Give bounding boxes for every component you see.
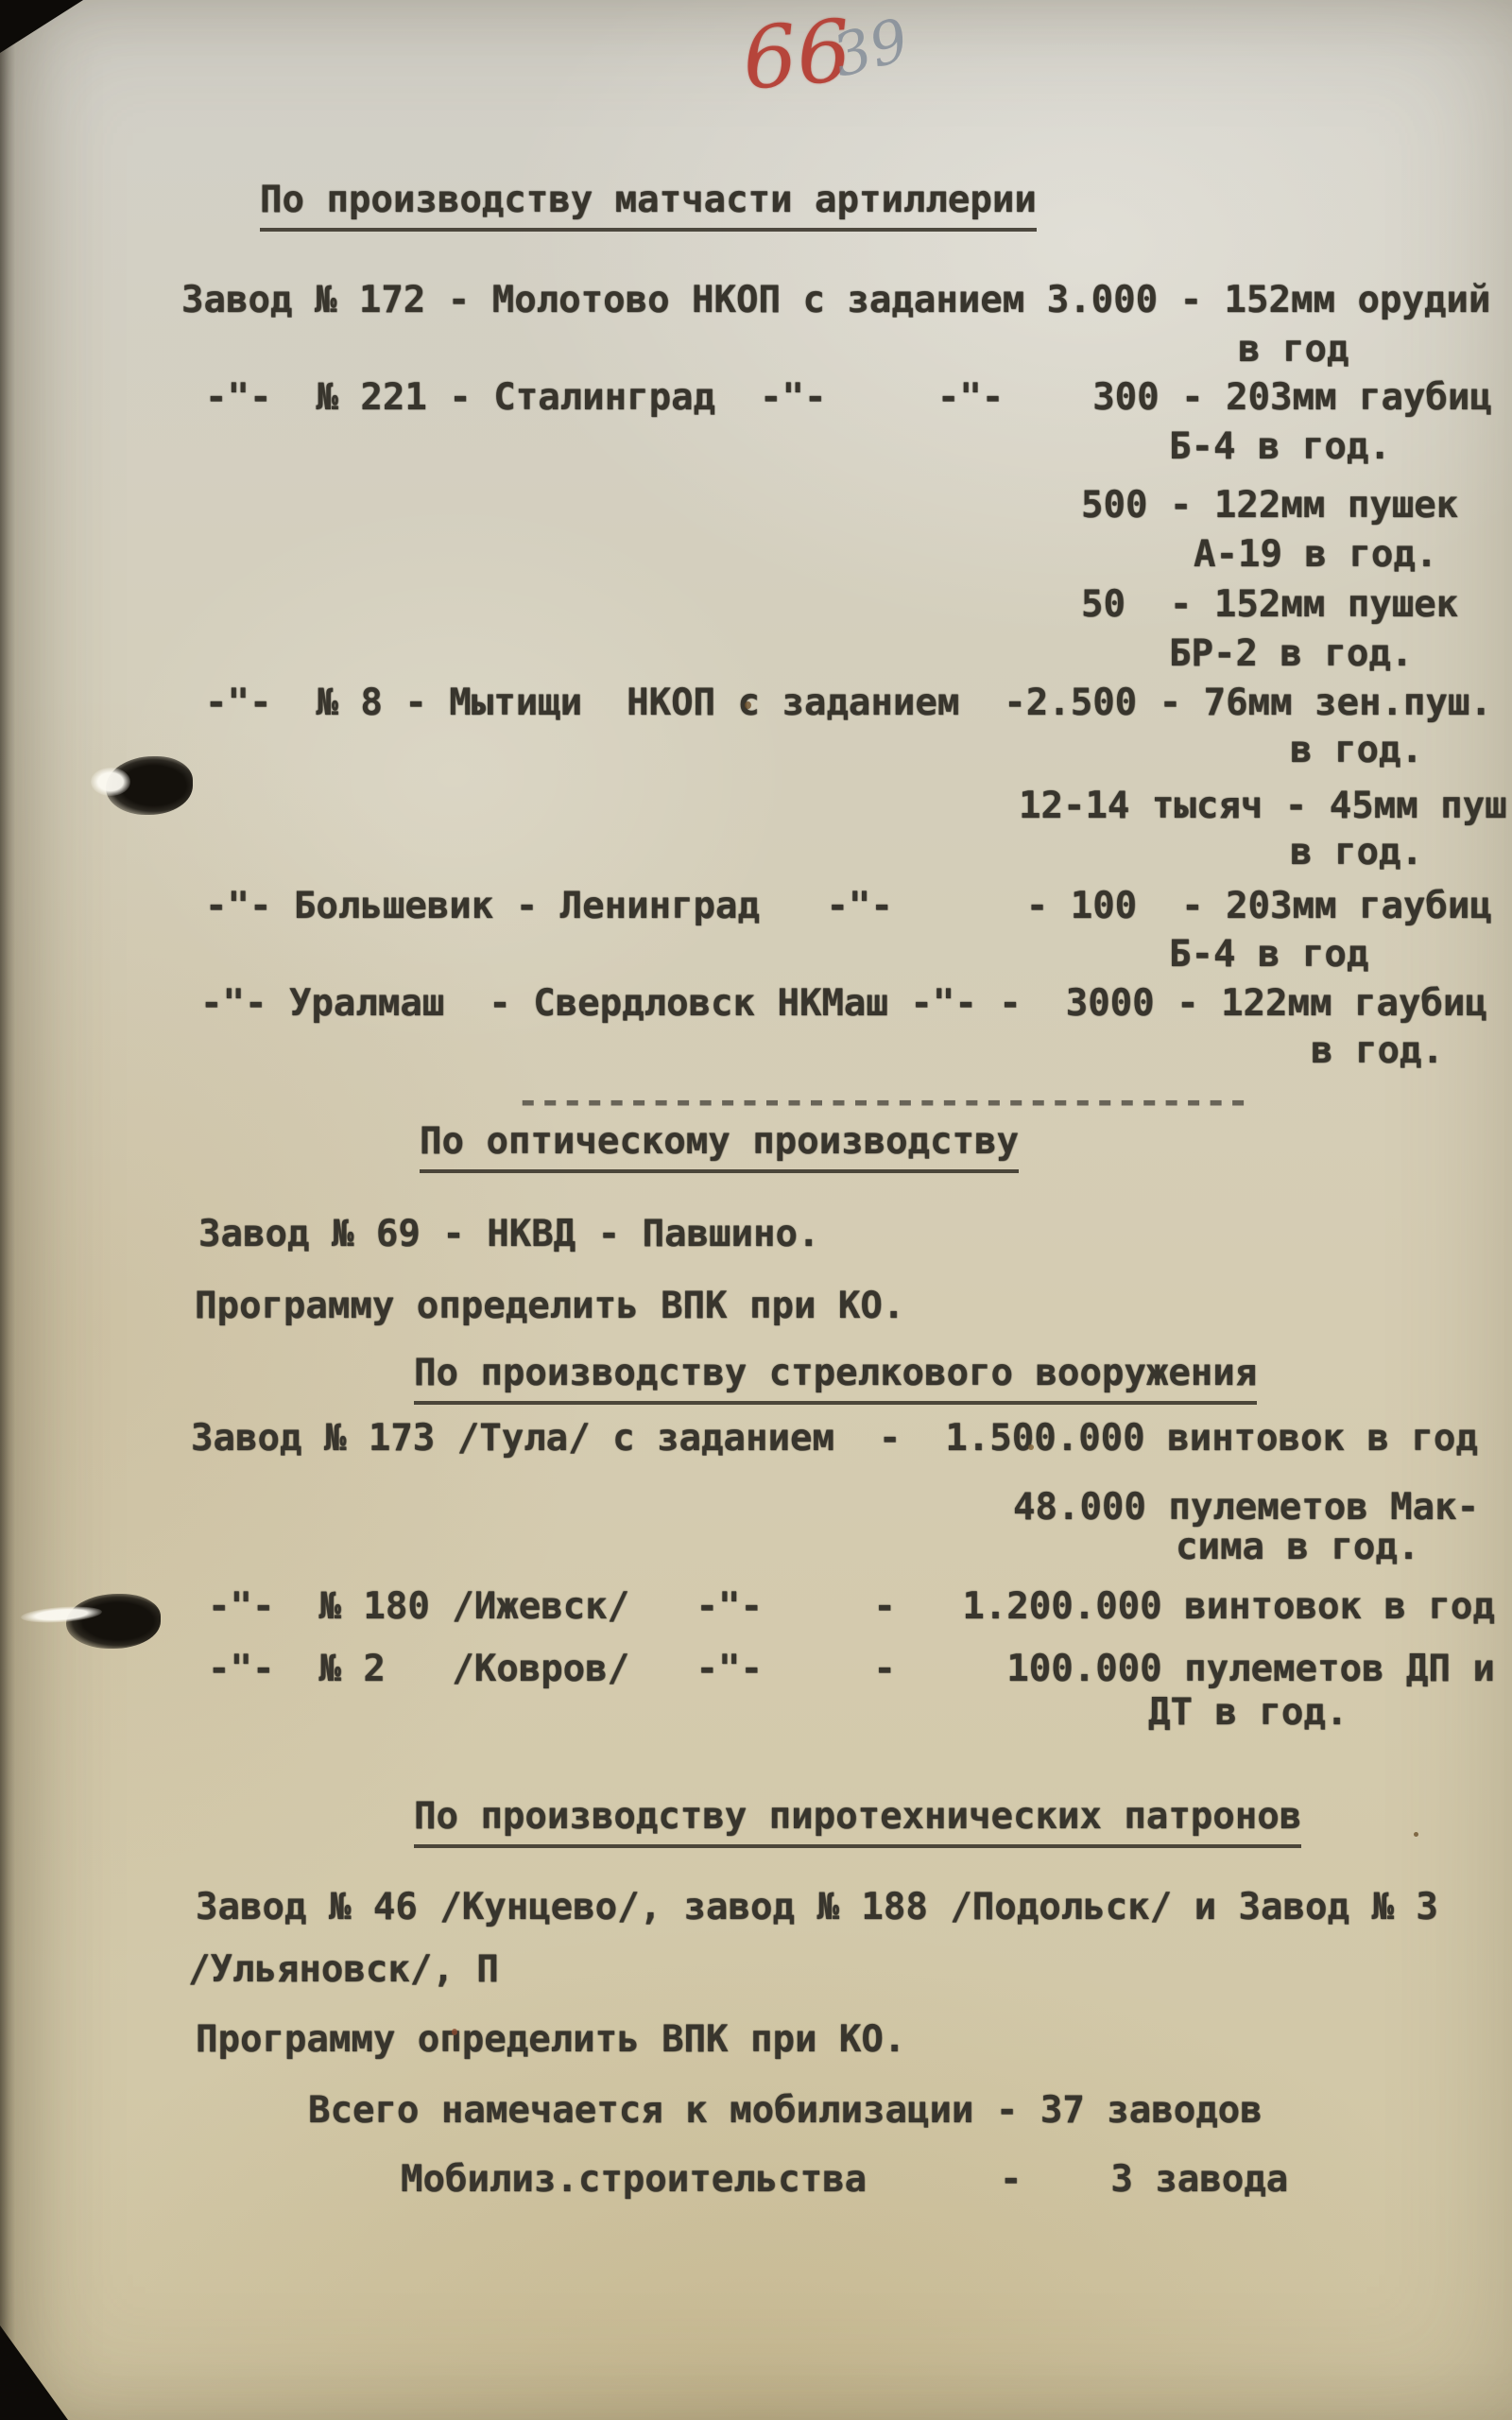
typewritten-line: Мобилиз.строительства - 3 завода (401, 2159, 1288, 2201)
typed-dashed-separator: --------------------------------- (517, 1083, 1249, 1120)
section-heading-optical: По оптическому производству (420, 1121, 1019, 1173)
typewritten-line: /Ульяновск/, П (188, 1949, 499, 1991)
typewritten-line: Программу определить ВПК при КО. (195, 1286, 904, 1327)
typewritten-line: в год. (1290, 730, 1423, 771)
typewritten-line: Завод № 69 - НКВД - Павшино. (198, 1214, 819, 1255)
document-scan: 66 39 По производству матчасти артиллери… (0, 0, 1512, 2420)
typewritten-line: ДТ в год. (1148, 1692, 1348, 1734)
paper-speck (1028, 1444, 1034, 1450)
paper-speck (1414, 1832, 1418, 1837)
typewritten-line: -"- Уралмаш - Свердловск НКМаш -"- - 300… (200, 983, 1487, 1025)
typewritten-line: 50 - 152мм пушек (1081, 584, 1458, 626)
typewritten-line: 48.000 пулеметов Мак- (1013, 1487, 1479, 1529)
page-number-graphite-pencil: 39 (827, 10, 914, 86)
typewritten-line: сима в год. (1176, 1527, 1419, 1568)
typewritten-line: Завод № 173 /Тула/ с заданием - 1.500.00… (191, 1418, 1478, 1460)
typewritten-line: в год (1238, 329, 1349, 371)
typewritten-line: Программу определить ВПК при КО. (196, 2019, 905, 2061)
paper-tear-hole (66, 1594, 161, 1649)
section-heading-small-arms: По производству стрелкового вооружения (414, 1353, 1257, 1405)
typewritten-line: Всего намечается к мобилизации - 37 заво… (308, 2090, 1263, 2132)
paper-tear-highlight (91, 768, 130, 796)
typewritten-line: -"- Большевик - Ленинград -"- - 100 - 20… (205, 886, 1492, 927)
typewritten-line: в год. (1290, 832, 1423, 873)
typewritten-line: -"- № 180 /Ижевск/ -"- - 1.200.000 винто… (208, 1586, 1495, 1628)
typewritten-line: Завод № 46 /Кунцево/, завод № 188 /Подол… (196, 1887, 1438, 1928)
typewritten-line: А-19 в год. (1194, 534, 1437, 576)
typewritten-line: Б-4 в год (1169, 934, 1368, 976)
typewritten-line: 500 - 122мм пушек (1081, 485, 1458, 527)
typewritten-line: -"- № 8 - Мытищи НКОП с заданием -2.500 … (205, 683, 1492, 724)
scan-corner-bottom-left (0, 2325, 68, 2420)
typewritten-line: -"- № 2 /Ковров/ -"- - 100.000 пулеметов… (208, 1649, 1495, 1690)
paper-speck (745, 701, 751, 709)
scan-left-edge-shadow (0, 0, 15, 2420)
paper-speck (452, 2029, 457, 2035)
section-heading-pyrotechnic: По производству пиротехнических патронов (414, 1796, 1301, 1848)
typewritten-line: Завод № 172 - Молотово НКОП с заданием 3… (181, 280, 1490, 321)
typewritten-line: в год. (1311, 1030, 1444, 1072)
typewritten-line: БР-2 в год. (1169, 633, 1413, 675)
scan-corner-top-left (0, 0, 83, 53)
typewritten-line: Б-4 в год. (1169, 426, 1391, 468)
section-heading-artillery: По производству матчасти артиллерии (260, 180, 1037, 232)
typewritten-line: -"- № 221 - Сталинград -"- -"- 300 - 203… (205, 377, 1492, 419)
typewritten-line: 12-14 тысяч - 45мм пуш (1019, 786, 1507, 827)
